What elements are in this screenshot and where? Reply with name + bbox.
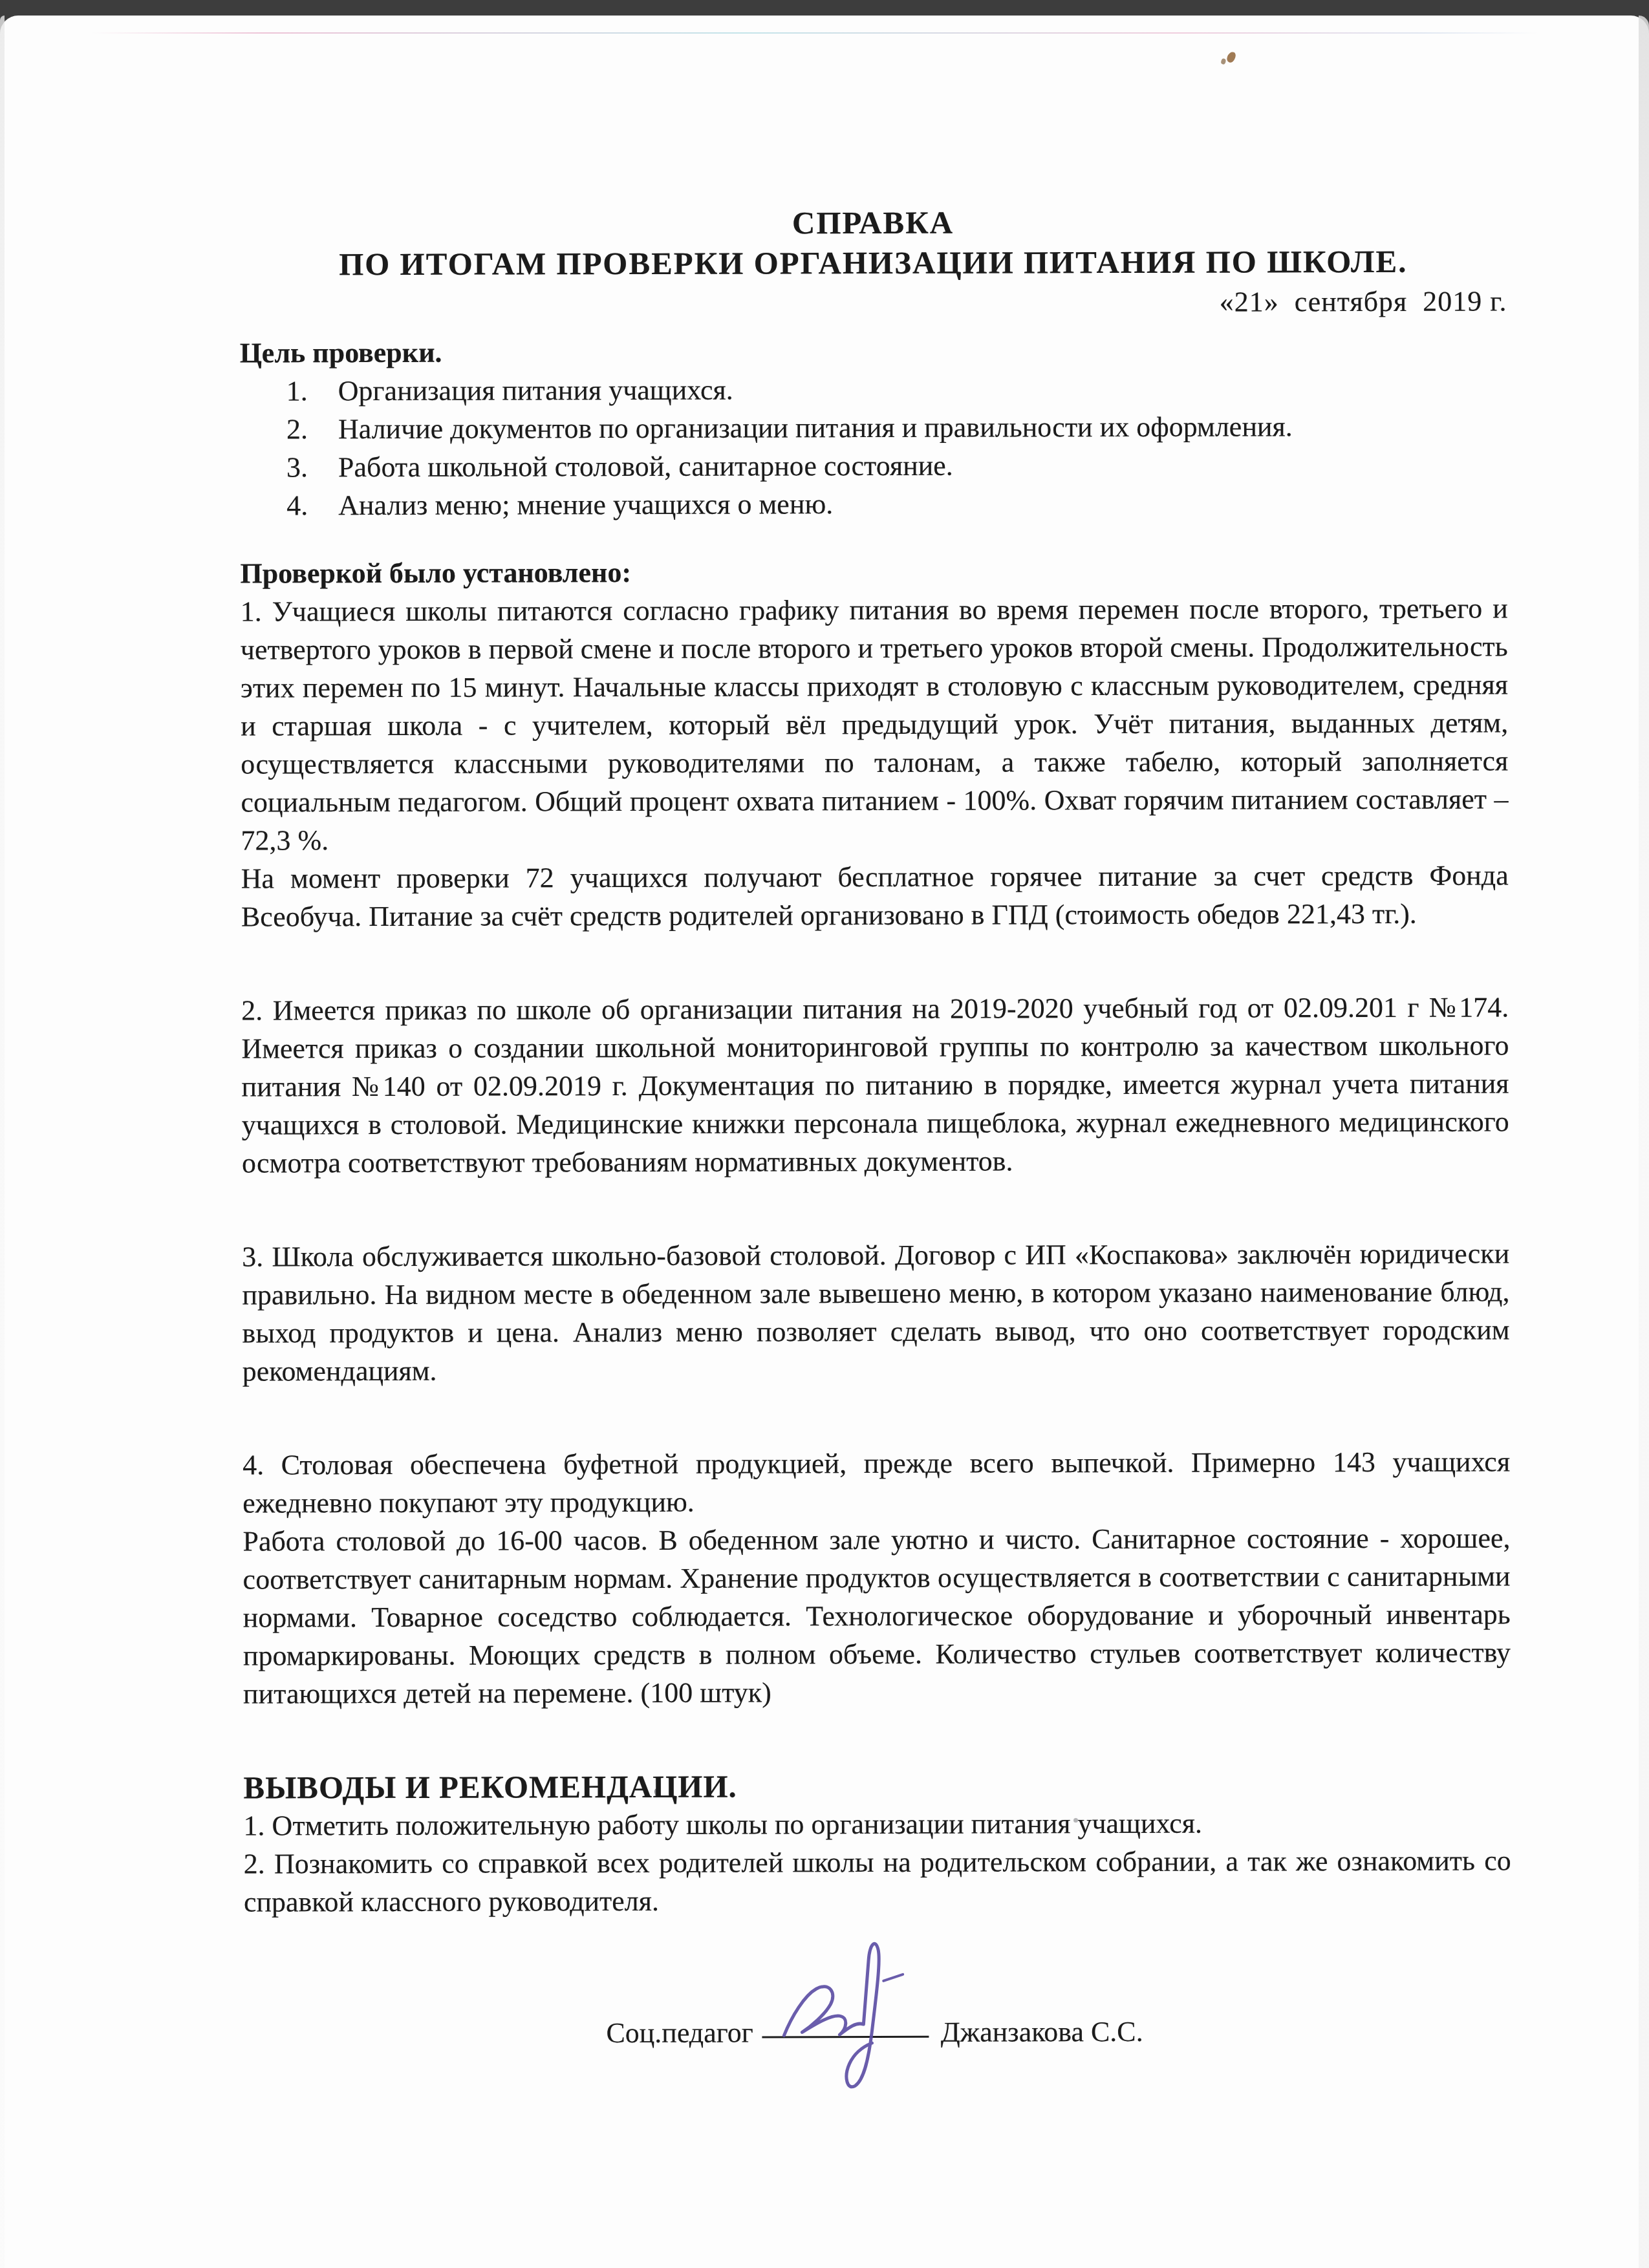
goal-item-number: 1. <box>286 372 338 410</box>
page-right-edge-shade <box>1639 16 1649 2268</box>
document-date: «21» сентября 2019 г. <box>239 281 1507 325</box>
goal-item-number: 4. <box>286 486 338 524</box>
goal-list: 1. Организация питания учащихся. 2. Нали… <box>240 369 1508 524</box>
goal-item-3: 3. Работа школьной столовой, санитарное … <box>286 445 1507 486</box>
document-title: СПРАВКА ПО ИТОГАМ ПРОВЕРКИ ОРГАНИЗАЦИИ П… <box>239 201 1507 284</box>
signature-field <box>762 2004 929 2042</box>
findings-paragraph-3: 3. Школа обслуживается школьно-базовой с… <box>242 1234 1510 1390</box>
findings-section-2: 2. Имеется приказ по школе об организаци… <box>241 988 1509 1182</box>
findings-section-1: 1. Учащиеся школы питаются согласно граф… <box>241 589 1509 936</box>
scanned-page: СПРАВКА ПО ИТОГАМ ПРОВЕРКИ ОРГАНИЗАЦИИ П… <box>0 16 1649 2268</box>
findings-heading: Проверкой было установлено: <box>240 551 1507 592</box>
conclusion-item-1: 1. Отметить положительную работу школы п… <box>243 1803 1511 1845</box>
signature-label: Соц.педагог <box>606 2013 753 2052</box>
findings-paragraph-4b: Работа столовой до 16-00 часов. В обеден… <box>242 1519 1511 1713</box>
goal-item-text: Наличие документов по организации питани… <box>338 407 1507 448</box>
goal-item-number: 2. <box>286 410 338 448</box>
signature-block: Соц.педагог Джанзакова С.С. <box>606 2002 1511 2052</box>
goal-item-4: 4. Анализ меню; мнение учащихся о меню. <box>286 483 1507 524</box>
goal-item-1: 1. Организация питания учащихся. <box>286 369 1507 410</box>
scan-artifact-line <box>91 32 1539 34</box>
goal-item-text: Организация питания учащихся. <box>338 369 1507 410</box>
goal-item-text: Работа школьной столовой, санитарное сос… <box>338 445 1507 486</box>
conclusions-list: 1. Отметить положительную работу школы п… <box>243 1803 1511 1921</box>
findings-paragraph-1b: На момент проверки 72 учащихся получают … <box>241 856 1509 936</box>
title-line-2: ПО ИТОГАМ ПРОВЕРКИ ОРГАНИЗАЦИИ ПИТАНИЯ П… <box>239 241 1507 284</box>
findings-paragraph-4a: 4. Столовая обеспечена буфетной продукци… <box>242 1442 1510 1522</box>
signature-name: Джанзакова С.С. <box>941 2013 1143 2051</box>
findings-section-4: 4. Столовая обеспечена буфетной продукци… <box>242 1442 1511 1713</box>
findings-paragraph-1a: 1. Учащиеся школы питаются согласно граф… <box>241 589 1509 859</box>
title-line-1: СПРАВКА <box>239 201 1507 244</box>
findings-paragraph-2: 2. Имеется приказ по школе об организаци… <box>241 988 1509 1182</box>
page-left-edge-shade <box>0 16 5 2268</box>
handwritten-signature-icon <box>773 1920 929 2102</box>
goal-item-number: 3. <box>286 448 338 486</box>
findings-section-3: 3. Школа обслуживается школьно-базовой с… <box>242 1234 1510 1390</box>
goal-heading: Цель проверки. <box>240 330 1507 372</box>
conclusions-heading: ВЫВОДЫ И РЕКОМЕНДАЦИИ. <box>243 1765 1511 1806</box>
document-content: СПРАВКА ПО ИТОГАМ ПРОВЕРКИ ОРГАНИЗАЦИИ П… <box>239 201 1511 2053</box>
goal-item-text: Анализ меню; мнение учащихся о меню. <box>338 483 1507 524</box>
scan-speck-top <box>1226 51 1237 64</box>
goal-item-2: 2. Наличие документов по организации пит… <box>286 407 1507 448</box>
conclusion-item-2: 2. Познакомить со справкой всех родителе… <box>244 1841 1511 1921</box>
